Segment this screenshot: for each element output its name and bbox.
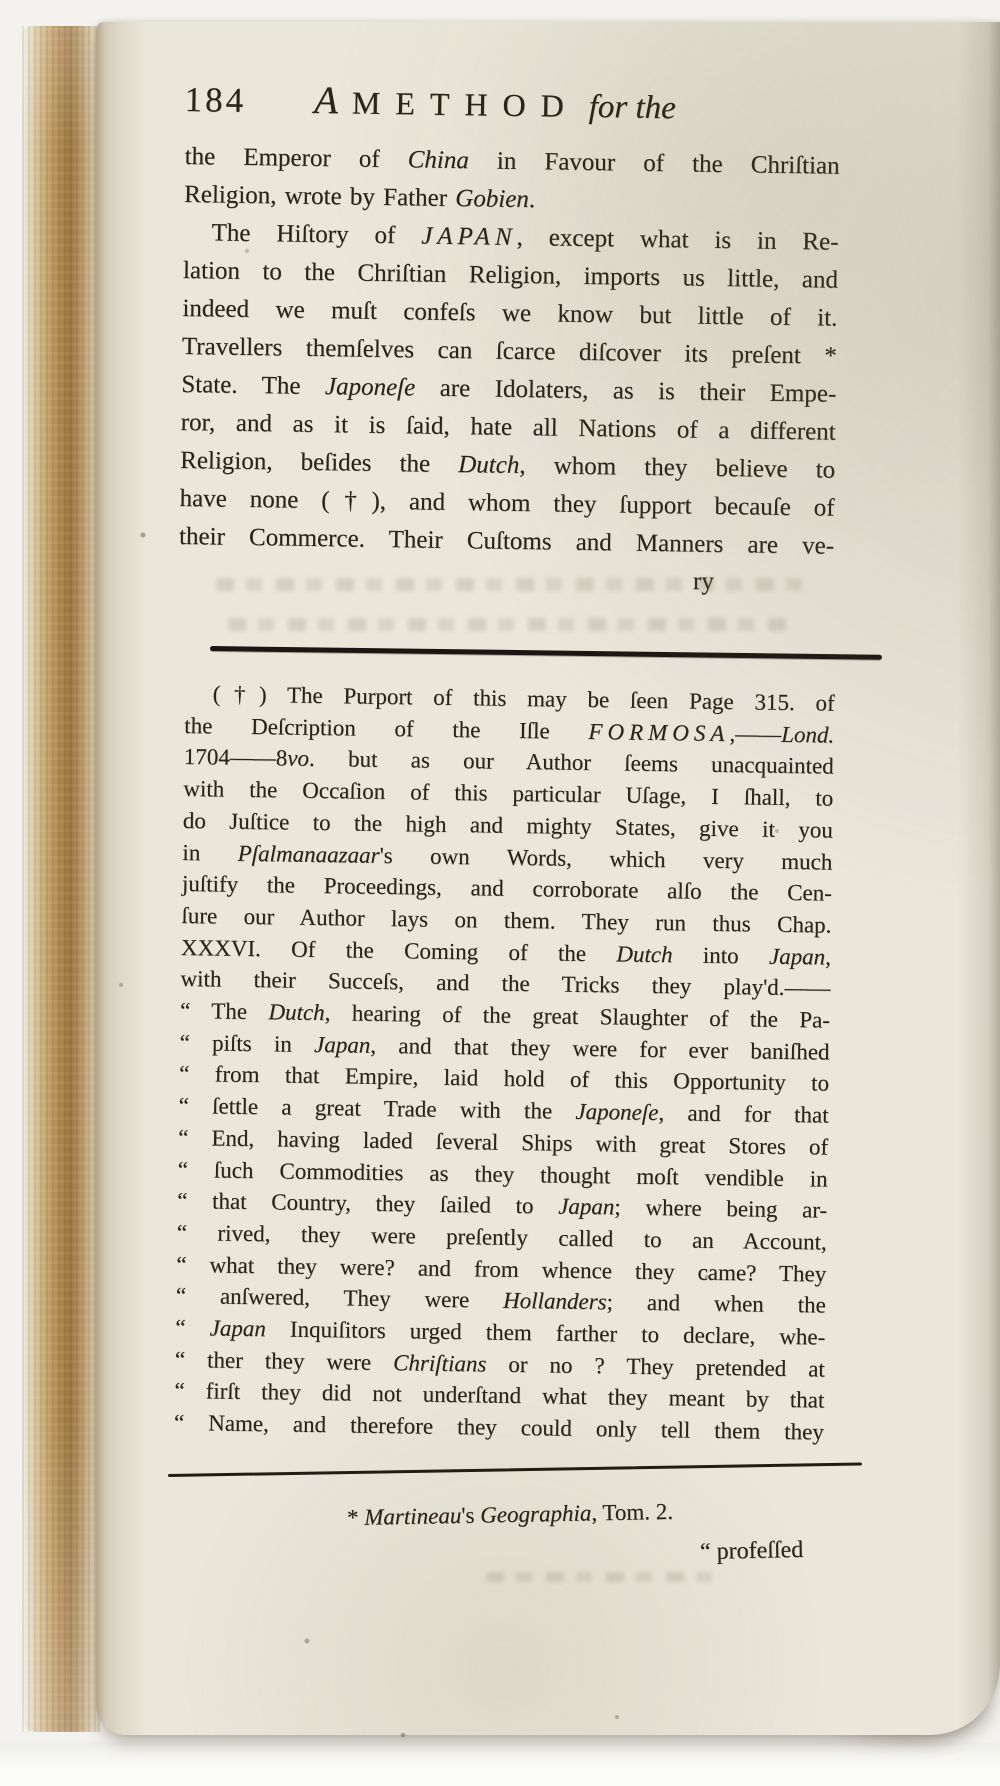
running-title-initial: A — [314, 78, 338, 123]
text: “ piſts in — [179, 1030, 314, 1057]
italic-text: Dutch — [458, 451, 520, 479]
text: 's own Words, which very much — [379, 842, 832, 874]
text: * — [347, 1505, 365, 1530]
text: State. The — [181, 371, 325, 400]
italic-text: Pſalmanaazaar — [238, 840, 380, 867]
reference-separator-rule — [168, 1462, 862, 1477]
running-title-caps: METHOD — [352, 84, 579, 124]
italic-text: Chriſtians — [393, 1350, 487, 1376]
footnote-text: (†) The Purport of this may be ſeen Page… — [174, 678, 835, 1448]
text: . but as our Author ſeems unacquainted — [309, 746, 834, 779]
italic-text: China — [408, 146, 470, 174]
text: Religion, beſides the — [180, 447, 458, 478]
page-header: 184 A METHOD for the — [184, 76, 840, 134]
italic-text: Japan — [558, 1194, 615, 1220]
footer-catchword: “ profeſſed — [700, 1537, 804, 1566]
text: “ End, having laded ſeveral Ships with g… — [178, 1125, 828, 1160]
book-page: 184 A METHOD for the the Emperor of Chin… — [96, 22, 1000, 1735]
foxing-specks — [96, 22, 98, 24]
text: The Hiſtory of — [211, 219, 421, 249]
italic-text: Dutch — [616, 941, 673, 967]
text: , whom they believe to — [519, 452, 835, 484]
italic-text: Gobien — [455, 185, 529, 213]
text: , Tom. 2. — [591, 1499, 673, 1526]
text: the Emperor of — [185, 143, 408, 173]
text: , and for that — [658, 1100, 829, 1128]
italic-text: Lond. — [781, 722, 834, 748]
text: do Juſtice to the high and mighty States… — [183, 808, 833, 843]
book-photo: 184 A METHOD for the the Emperor of Chin… — [0, 0, 1000, 1786]
text: “ anſwered, They were — [176, 1283, 504, 1313]
text: “ that Country, they ſailed to — [177, 1188, 558, 1219]
footnote-separator-rule — [210, 646, 882, 660]
text: are Idolaters, as is their Empe- — [415, 374, 836, 407]
running-title: A METHOD for the — [314, 78, 676, 128]
text: “ — [175, 1315, 210, 1341]
reference-note: * Martineau's Geographia, Tom. 2. — [185, 1496, 835, 1534]
text: 1704——8 — [184, 744, 288, 771]
text: into — [672, 942, 769, 968]
italic-text: Dutch — [268, 999, 325, 1025]
italic-text: JAPAN — [421, 223, 517, 251]
text: , hearing of the great Slaughter of the … — [324, 1000, 830, 1032]
running-title-tail: for the — [589, 89, 677, 127]
text: or no ? They pretended at — [486, 1351, 825, 1381]
italic-text: Hollanders — [503, 1288, 607, 1315]
italic-text: Martineau — [364, 1503, 462, 1530]
text: lation to the Chriſtian Religion, import… — [183, 257, 838, 294]
italic-text: Japan — [769, 943, 826, 969]
text: ſure our Author lays on them. They run t… — [181, 903, 831, 938]
text: in — [182, 839, 238, 865]
text: have none (†), and whom they ſupport bec… — [179, 485, 834, 522]
text: , and that they were for ever baniſhed — [370, 1033, 830, 1065]
text: (†) The Purport of this may be ſeen Page… — [213, 681, 835, 715]
italic-text: Japoneſe — [575, 1099, 658, 1125]
ink-showthrough — [228, 618, 788, 631]
italic-text: Japan — [209, 1316, 266, 1342]
italic-text: Japoneſe — [325, 373, 416, 401]
text: “ ſettle a great Trade with the — [178, 1093, 575, 1124]
text: Religion, wrote by Father — [184, 181, 456, 212]
text: ; and when the — [606, 1290, 826, 1318]
page-number: 184 — [184, 80, 246, 121]
text: “ Name, and therefore they could only te… — [174, 1410, 824, 1445]
text: “ The — [180, 998, 269, 1024]
text: ; where being ar- — [614, 1195, 827, 1223]
text: ,—— — [729, 721, 781, 747]
ink-showthrough — [486, 1572, 721, 1582]
italic-text: Geographia — [480, 1500, 592, 1527]
text: “ rived, they were preſently called to a… — [177, 1220, 827, 1255]
text: Travellers themſelves can ſcarce diſcove… — [182, 333, 837, 370]
text: XXXVI. Of the Coming of the — [181, 935, 617, 966]
text: the Deſcription of the Iſle — [184, 713, 588, 744]
text: “ ther they were — [175, 1347, 394, 1375]
text: 's — [461, 1503, 480, 1528]
text: , except what is in Re- — [516, 224, 838, 256]
text: in Favour of the Chriſtian — [469, 147, 840, 179]
italic-text: FORMOSA — [588, 719, 729, 746]
text: indeed we muſt confeſs we know but littl… — [182, 295, 837, 332]
book-fore-edge — [22, 26, 100, 1732]
text: their Commerce. Their Cuſtoms and Manner… — [179, 523, 834, 560]
text: . — [529, 186, 536, 213]
main-text: the Emperor of China in Favour of the Ch… — [179, 138, 840, 566]
italic-text: Japan — [314, 1032, 371, 1058]
text: ror, and as it is ſaid, hate all Nations… — [181, 409, 836, 446]
italic-text: vo — [287, 746, 309, 771]
text: Inquiſitors urged them farther to declar… — [266, 1316, 826, 1349]
text: , — [825, 944, 831, 969]
ink-showthrough — [216, 578, 816, 591]
